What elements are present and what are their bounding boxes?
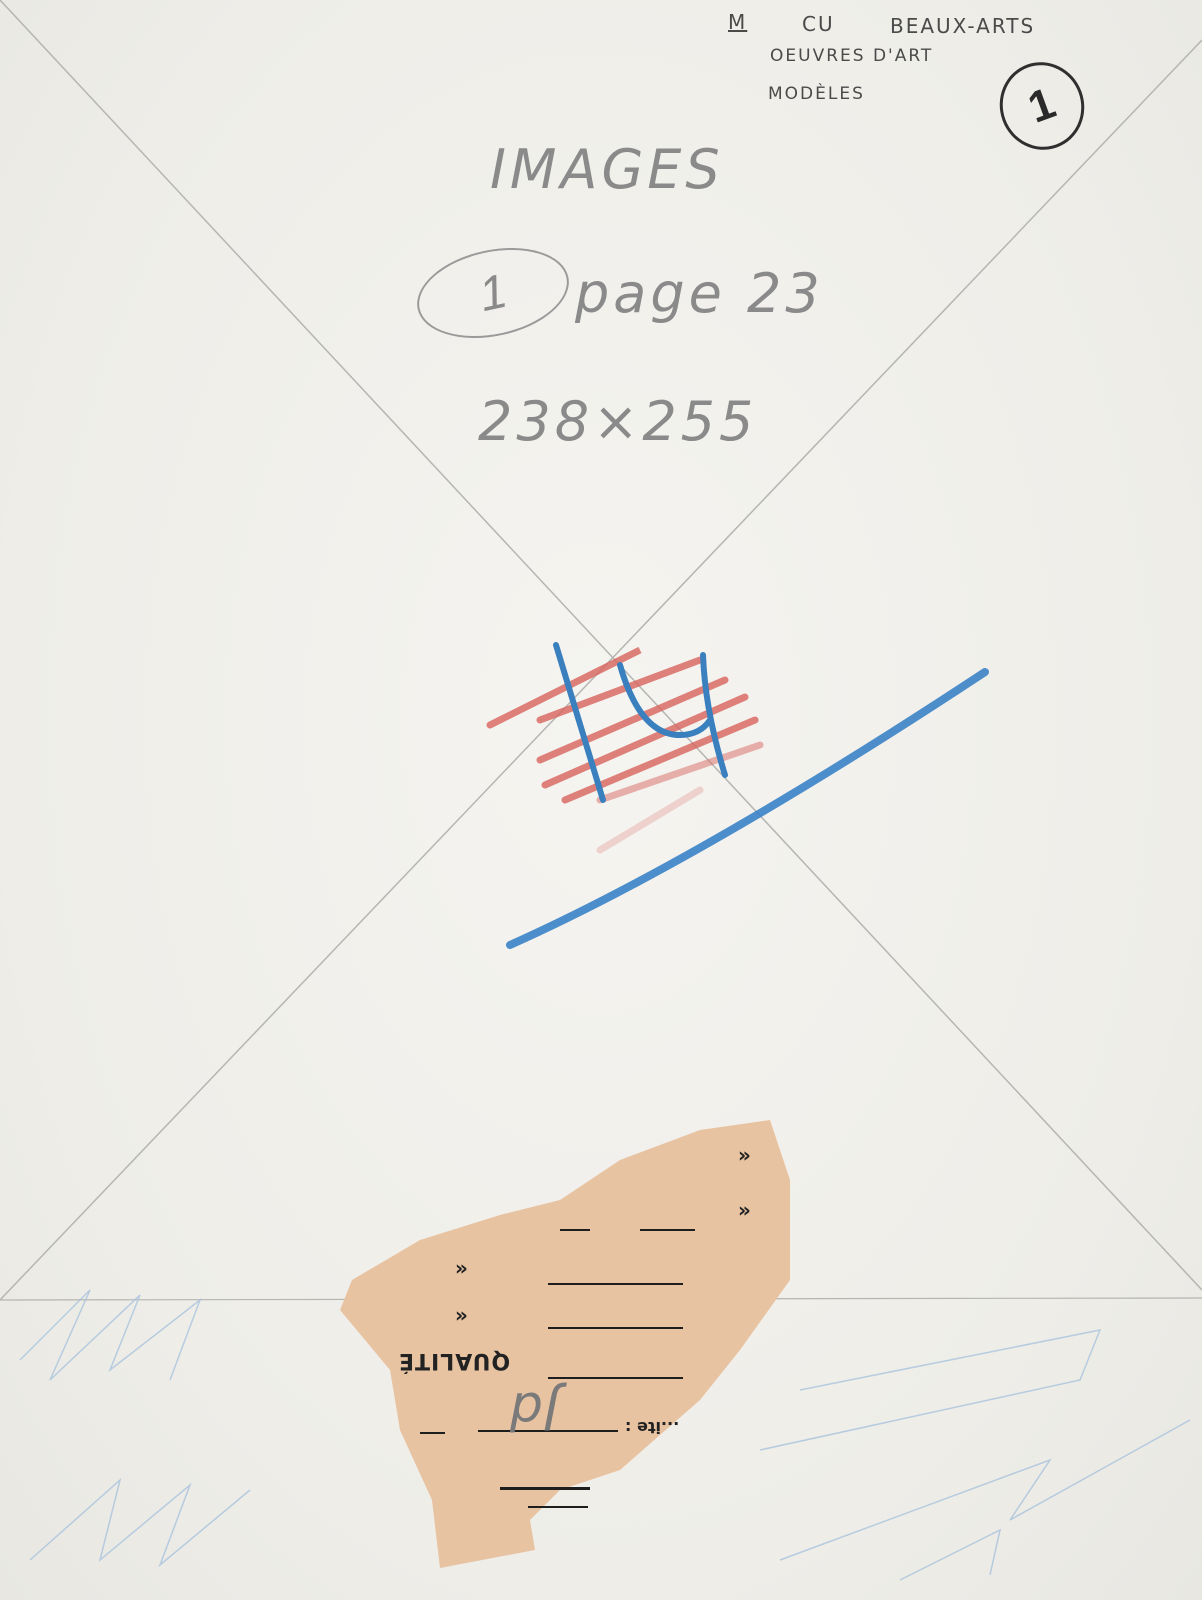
qualite-label: QUALITÉ: [398, 1348, 510, 1373]
pencil-initials: Jd: [510, 1380, 558, 1440]
label-line: [548, 1283, 683, 1285]
note-code-cu: CU: [802, 12, 835, 36]
images-title: IMAGES: [490, 138, 724, 201]
guillemet-3: «: [455, 1258, 468, 1282]
markings-layer: [0, 0, 1202, 1600]
guillemet-1: «: [738, 1145, 751, 1169]
label-line: [548, 1327, 683, 1329]
page-reference: page 23: [575, 262, 824, 325]
label-line: [528, 1506, 588, 1508]
label-fragment: ...ite :: [625, 1418, 679, 1437]
label-line: [548, 1377, 683, 1379]
label-line: [640, 1229, 695, 1231]
label-line: [560, 1229, 590, 1231]
blue-number-14: [556, 645, 725, 800]
guillemet-2: «: [738, 1200, 751, 1224]
note-modeles: MODÈLES: [768, 84, 865, 104]
torn-label-paper: [340, 1120, 790, 1568]
label-line: [420, 1432, 445, 1434]
guillemet-4: «: [455, 1305, 468, 1329]
label-line: [500, 1487, 590, 1490]
blue-crayon-underline: [510, 672, 985, 945]
note-prefix-m: M: [728, 10, 747, 34]
note-category: BEAUX-ARTS: [890, 14, 1035, 38]
dimensions-note: 238×255: [478, 390, 757, 453]
note-oeuvres: OEUVRES D'ART: [770, 46, 933, 66]
